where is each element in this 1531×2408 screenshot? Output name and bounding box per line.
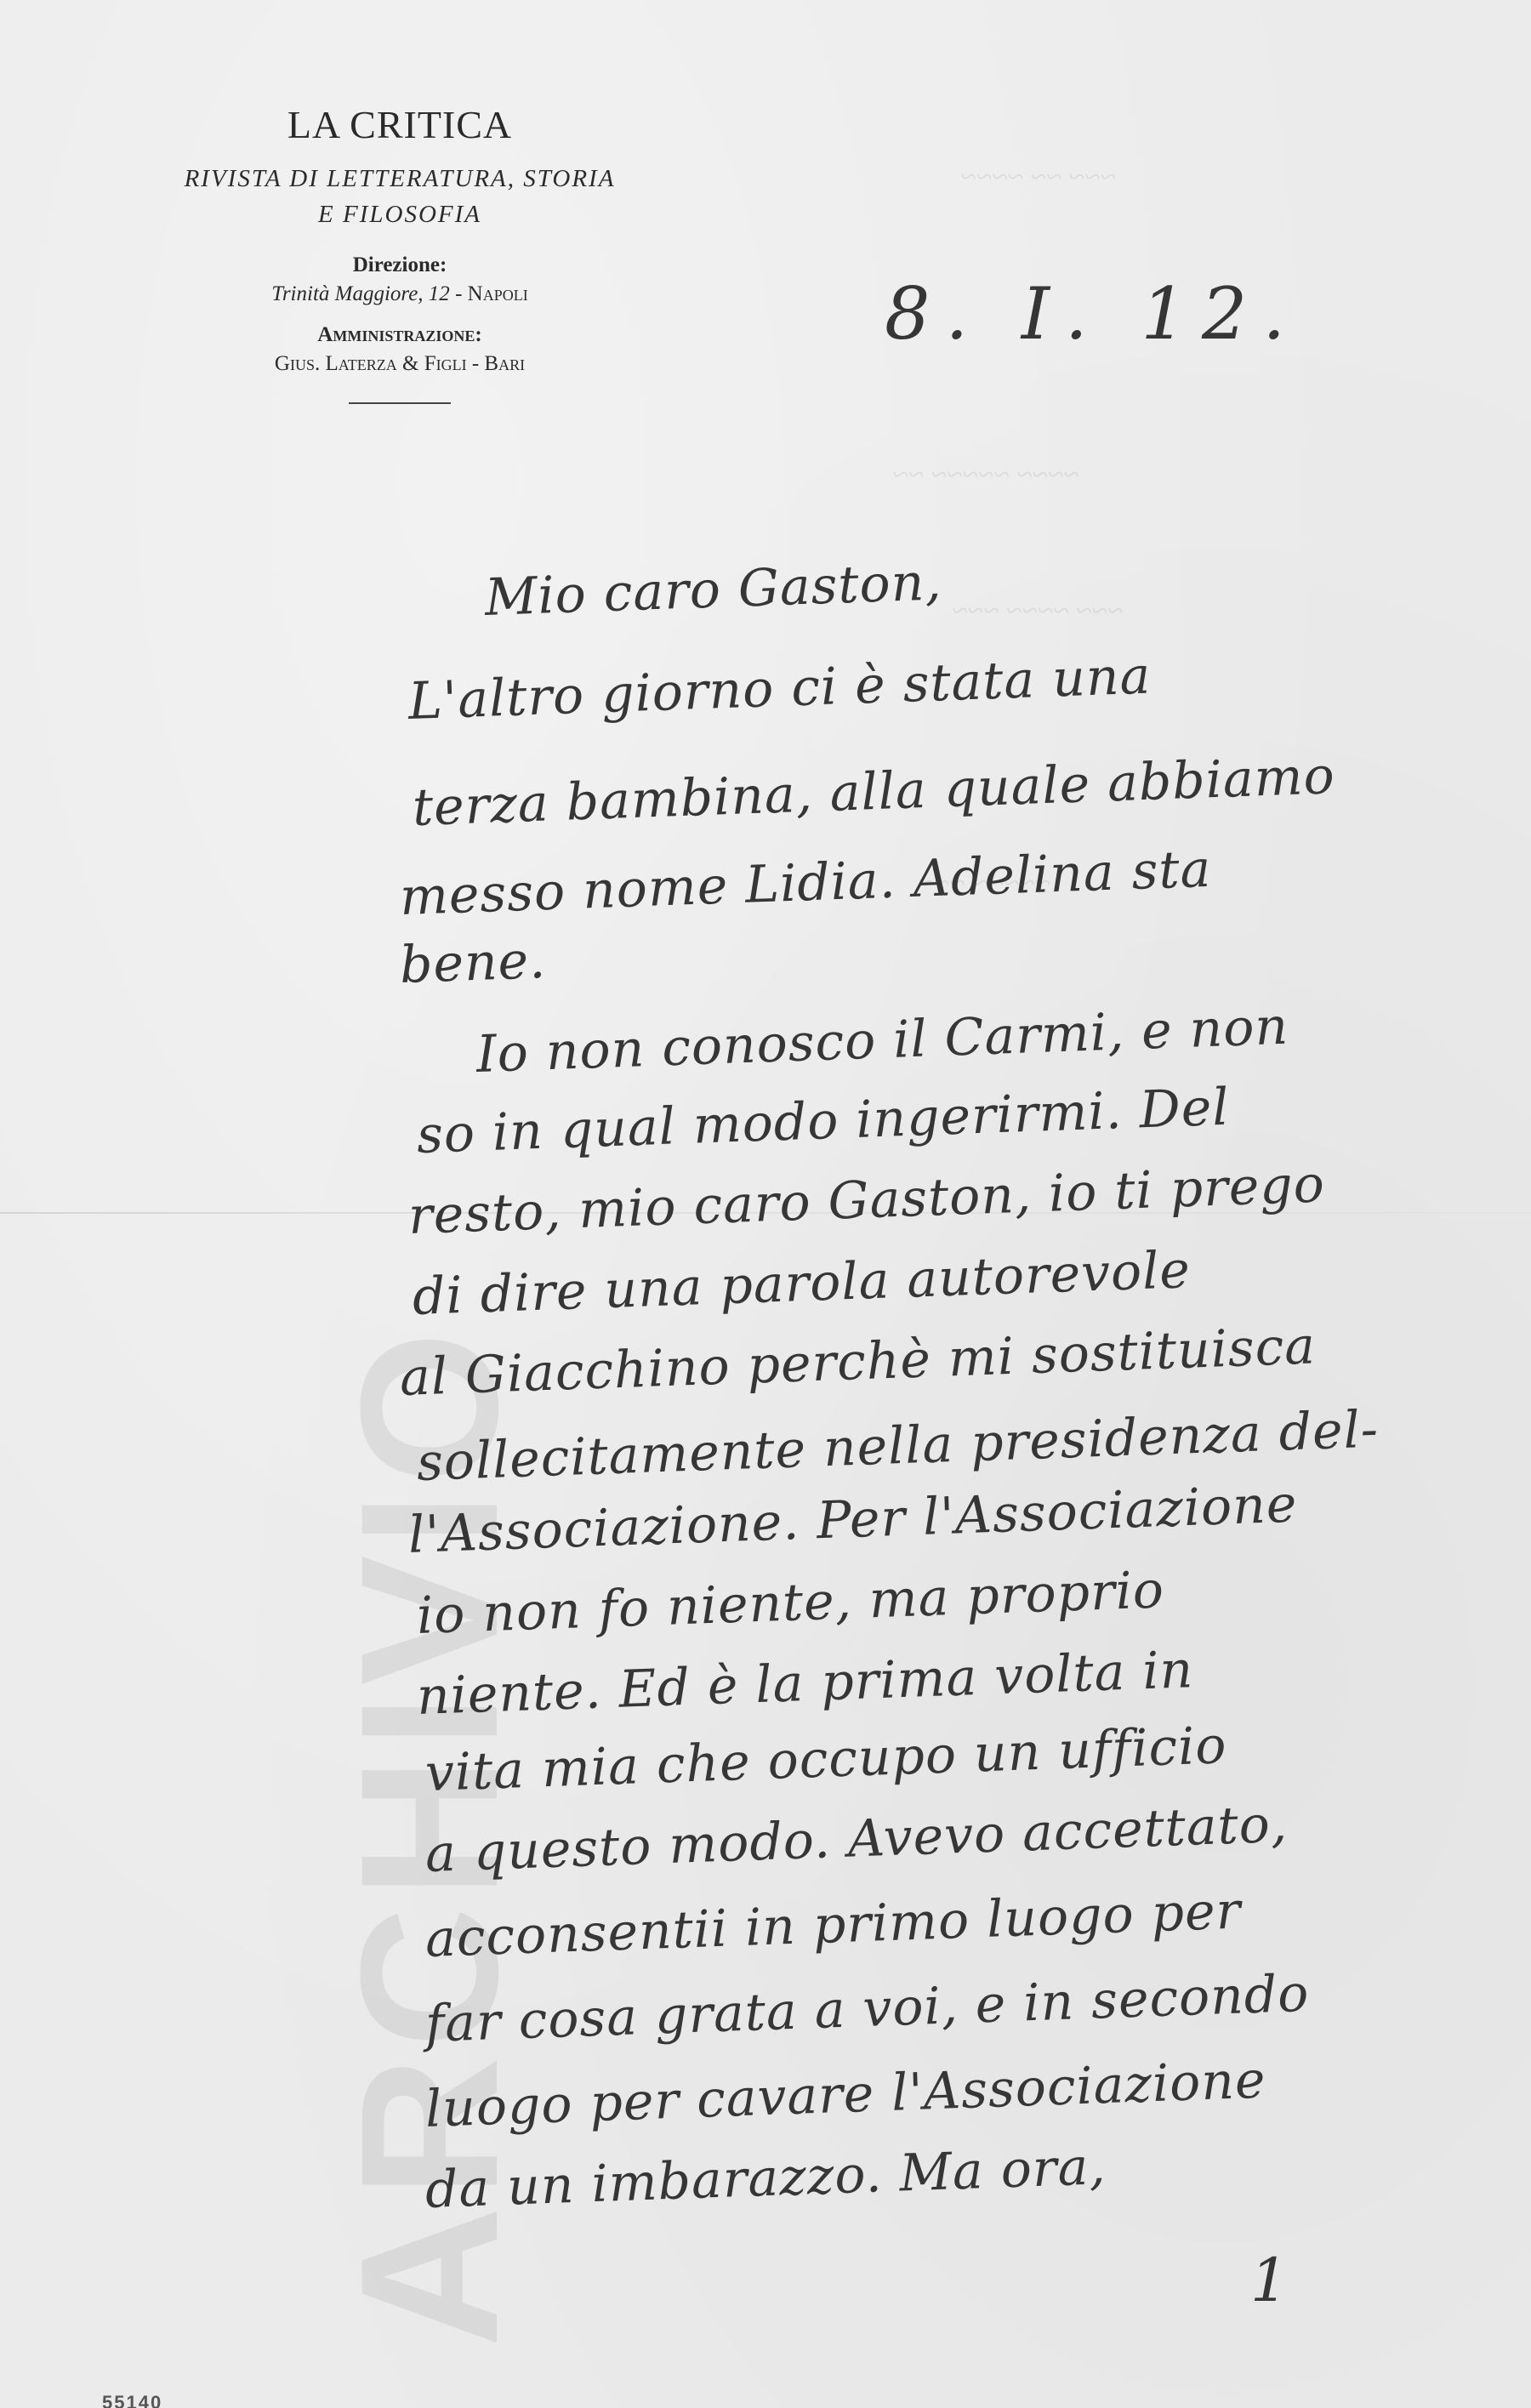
administration-label: Amministrazione: — [94, 321, 706, 350]
journal-subtitle: RIVISTA DI LETTERATURA, STORIA E FILOSOF… — [94, 161, 706, 232]
reverse-side-show-through: ARCHIVIO — [323, 476, 493, 2348]
page-number: 1 — [1250, 2246, 1289, 2315]
administration-name: Gius. Laterza & Figli - Bari — [94, 350, 706, 379]
direction-address: Trinità Maggiore, 12 - Napoli — [94, 280, 706, 309]
archive-stamp-number: 55140 — [102, 2392, 162, 2408]
journal-title: LA CRITICA — [94, 102, 706, 147]
letter-line: bene. — [399, 931, 547, 995]
letterhead-divider — [349, 402, 451, 404]
show-through-ink: ~~~ ~~ ~~~~ — [961, 162, 1117, 194]
direction-label: Direzione: — [94, 251, 706, 280]
direction-street: Trinità Maggiore, 12 — [271, 282, 450, 305]
show-through-ink: ~~~ ~~~~ ~~~ — [953, 595, 1124, 628]
show-through-ink: ~~~~ ~~~~~ ~~ — [893, 459, 1079, 492]
letterhead: LA CRITICA RIVISTA DI LETTERATURA, STORI… — [94, 102, 706, 404]
direction-separator: - — [450, 282, 468, 305]
direction-city: Napoli — [468, 282, 528, 305]
letter-date: 8. I. 12. — [885, 272, 1300, 356]
journal-subtitle-line-1: RIVISTA DI LETTERATURA, STORIA — [94, 161, 706, 196]
journal-subtitle-line-2: E FILOSOFIA — [94, 196, 706, 232]
